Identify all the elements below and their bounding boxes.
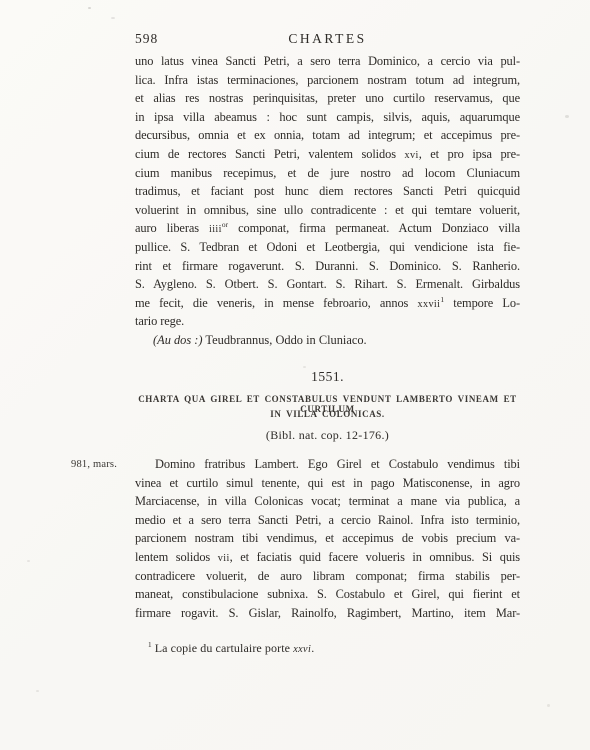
text-line: tradimus, et faciant post hunc diem rect… [135, 182, 520, 201]
text-line: in ipsa villa abeamus : hoc sunt campis,… [135, 108, 520, 127]
scanned-page: 598 CHARTES uno latus vinea Sancti Petri… [0, 0, 590, 750]
text-line: lentem solidos vii, et faciatis quid fac… [135, 548, 520, 567]
scan-speck [27, 560, 30, 562]
scan-speck [303, 366, 306, 368]
scan-speck [111, 17, 115, 19]
text-line: uno latus vinea Sancti Petri, a sero ter… [135, 52, 520, 71]
text-line: cium manibus recepimus, et de jure nostr… [135, 164, 520, 183]
charter-1551-text: Domino fratribus Lambert. Ego Girel et C… [135, 455, 520, 622]
scan-speck [36, 690, 39, 692]
scan-speck [88, 7, 91, 9]
au-dos-note: (Au dos :) Teudbrannus, Oddo in Cluniaco… [135, 331, 520, 350]
page-number: 598 [135, 31, 158, 47]
text-line: auro liberas iiiior componat, firma perm… [135, 219, 520, 238]
text-line: firmare rogavit. S. Gislar, Rainolfo, Ra… [135, 604, 520, 623]
text-line: rint et firmare rogaverunt. S. Duranni. … [135, 257, 520, 276]
text-line: contradicere voluerit, de auro libram co… [135, 567, 520, 586]
text-line: medio et a sero terra Sancti Petri, a ce… [135, 511, 520, 530]
text-line: S. Aygleno. S. Otbert. S. Gontart. S. Ri… [135, 275, 520, 294]
text-line: et alias res nostras perinquisitas, pret… [135, 89, 520, 108]
prev-charter-text: uno latus vinea Sancti Petri, a sero ter… [135, 52, 520, 331]
source-reference: (Bibl. nat. cop. 12-176.) [135, 428, 520, 443]
running-title: CHARTES [135, 31, 520, 47]
text-line: lica. Infra istas terminaciones, parcion… [135, 71, 520, 90]
scan-speck [547, 704, 550, 707]
text-line: maneat, constibulacione subnixa. S. Cost… [135, 585, 520, 604]
text-line: tario rege. [135, 312, 520, 331]
text-line: parcionem nostram tibi vendimus, et acce… [135, 529, 520, 548]
charter-title-line2: IN VILLA COLONICAS. [120, 409, 535, 419]
text-line: decursibus, omnia et ex onnia, totam ad … [135, 126, 520, 145]
text-line: pullice. S. Tedbran et Odoni et Leotberg… [135, 238, 520, 257]
text-line: voluerint in omnibus, sine ullo contradi… [135, 201, 520, 220]
text-line: Marciacense, in villa Colonicas vocat; t… [135, 492, 520, 511]
margin-date-note: 981, mars. [71, 459, 117, 470]
charter-number-heading: 1551. [135, 369, 520, 385]
page-header: 598 CHARTES [135, 31, 520, 47]
footnote-text: 1 La copie du cartulaire porte xxvi. [148, 641, 314, 656]
text-line: me fecit, die veneris, in mense febroari… [135, 294, 520, 313]
text-line: vinea et curtilo simul tenente, qui est … [135, 474, 520, 493]
text-line: Domino fratribus Lambert. Ego Girel et C… [135, 455, 520, 474]
text-line: cium de rectores Sancti Petri, valentem … [135, 145, 520, 164]
scan-speck [565, 115, 569, 118]
